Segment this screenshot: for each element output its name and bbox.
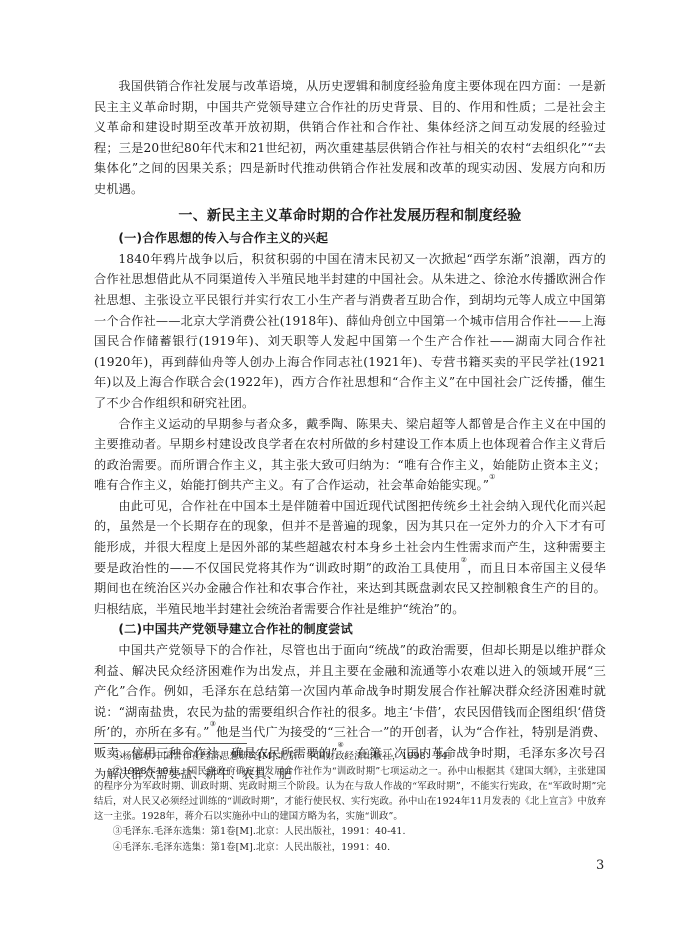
footnote-2: ②1928年10月，国民党政府确定把发展合作社作为“训政时期”七项运动之一。孙中…: [94, 764, 606, 824]
main-text-column: 我国供销合作社发展与改革语境，从历史逻辑和制度经验角度主要体现在四方面：一是新民…: [94, 76, 606, 784]
footnote-ref-3[interactable]: ③: [210, 720, 216, 728]
body-paragraph-3: 由此可见，合作社在中国本土是伴随着中国近现代试图把传统乡土社会纳入现代化而兴起的…: [94, 496, 606, 620]
paragraph-text: 合作主义运动的早期参与者众多，戴季陶、陈果夫、梁启超等人都曾是合作主义在中国的主…: [94, 417, 606, 493]
footnote-4: ④毛泽东.毛泽东选集：第1卷[M].北京：人民出版社，1991：40.: [94, 840, 606, 855]
footnote-ref-4[interactable]: ④: [337, 741, 344, 749]
footnote-divider: [94, 743, 247, 744]
footnote-3: ③毛泽东.毛泽东选集：第1卷[M].北京：人民出版社，1991：40-41.: [94, 824, 606, 839]
section-heading-1: 一、新民主主义革命时期的合作社发展历程和制度经验: [94, 200, 606, 229]
subsection-heading-1: (一)合作思想的传入与合作主义的兴起: [94, 228, 606, 249]
body-paragraph-1: 1840年鸦片战争以后，积贫积弱的中国在清末民初又一次掀起“西学东渐”浪潮，西方…: [94, 249, 606, 414]
footnote-1: ①杨德寿.中国合作社经济思想研究[M].北京：中国财政经济出版社，1998：34…: [94, 749, 606, 764]
footnote-ref-1[interactable]: ①: [489, 473, 495, 481]
footnotes: ①杨德寿.中国合作社经济思想研究[M].北京：中国财政经济出版社，1998：34…: [94, 749, 606, 855]
subsection-heading-2: (二)中国共产党领导建立合作社的制度尝试: [94, 619, 606, 640]
page-number: 3: [596, 858, 604, 873]
document-page: 我国供销合作社发展与改革语境，从历史逻辑和制度经验角度主要体现在四方面：一是新民…: [0, 0, 700, 943]
footnote-ref-2[interactable]: ②: [461, 556, 468, 564]
body-paragraph-2: 合作主义运动的早期参与者众多，戴季陶、陈果夫、梁启超等人都曾是合作主义在中国的主…: [94, 414, 606, 496]
intro-paragraph: 我国供销合作社发展与改革语境，从历史逻辑和制度经验角度主要体现在四方面：一是新民…: [94, 76, 606, 200]
